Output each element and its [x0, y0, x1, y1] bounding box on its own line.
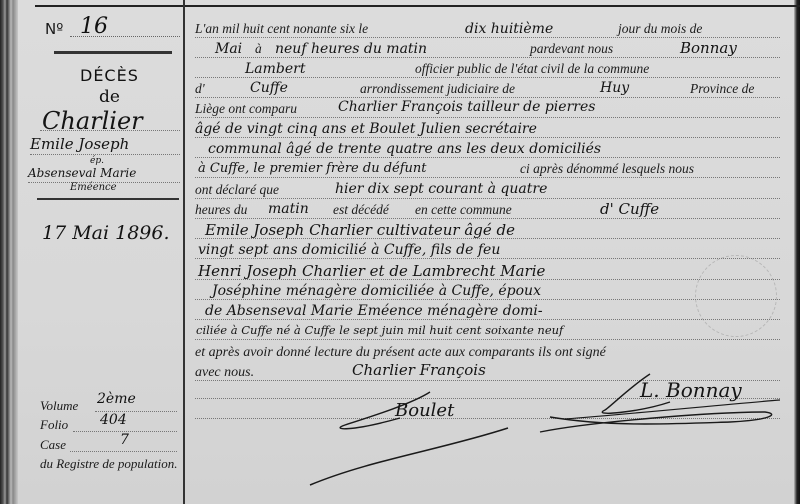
- dotted-line: [195, 37, 780, 38]
- dotted-line: [195, 198, 780, 199]
- printed-text: L'an mil huit cent nonante six le: [195, 21, 368, 37]
- dotted-line: [195, 299, 780, 300]
- handwritten-text: ciliée à Cuffe né à Cuffe le sept juin m…: [196, 323, 563, 337]
- folio-label: Folio: [40, 417, 68, 433]
- printed-text: heures du: [195, 202, 247, 218]
- dotted-line: [70, 36, 180, 37]
- signature-flourish: [530, 372, 790, 442]
- dotted-line: [195, 319, 780, 320]
- dotted-line: [195, 177, 780, 178]
- dotted-line: [195, 339, 780, 340]
- dotted-line: [195, 57, 780, 58]
- printed-text: ci après dénommé lesquels nous: [520, 161, 694, 177]
- handwritten-text: Emile Joseph Charlier cultivateur âgé de: [205, 221, 515, 239]
- handwritten-text: Charlier François tailleur de pierres: [338, 99, 595, 115]
- handwritten-text: Henri Joseph Charlier et de Lambrecht Ma…: [198, 262, 545, 280]
- top-rule: [35, 5, 800, 7]
- spouse-prefix: ép.: [90, 156, 104, 166]
- document-page: Nº 16 DÉCÈS de Charlier Emile Joseph ép.…: [0, 0, 800, 504]
- handwritten-text: Bonnay: [680, 39, 737, 57]
- handwritten-text: Mai: [215, 41, 242, 57]
- printed-text: officier public de l'état civil de la co…: [415, 61, 649, 77]
- dotted-line: [195, 238, 780, 239]
- dotted-line: [195, 97, 780, 98]
- printed-text: pardevant nous: [530, 41, 613, 57]
- printed-text: en cette commune: [415, 202, 512, 218]
- dotted-line: [195, 157, 780, 158]
- handwritten-text: dix huitième: [465, 21, 553, 37]
- handwritten-text: communal âgé de trente quatre ans les de…: [208, 141, 601, 157]
- dotted-line: [195, 117, 780, 118]
- printed-text: ont déclaré que: [195, 182, 279, 198]
- dotted-line: [195, 218, 780, 219]
- column-divider: [183, 0, 185, 504]
- printed-text: à: [255, 41, 262, 57]
- official-stamp: [695, 255, 777, 337]
- spouse-name-cont: Eméence: [70, 182, 117, 193]
- given-names: Emile Joseph: [30, 135, 129, 153]
- case-value: 7: [120, 432, 129, 448]
- handwritten-text: Cuffe: [250, 80, 288, 96]
- printed-text: Liège ont comparu: [195, 101, 297, 117]
- dotted-line: [30, 154, 180, 155]
- handwritten-text: neuf heures du matin: [275, 41, 427, 57]
- handwritten-text: vingt sept ans domicilié à Cuffe, fils d…: [198, 242, 500, 258]
- dotted-line: [195, 258, 780, 259]
- record-date: 17 Mai 1896.: [42, 222, 170, 244]
- handwritten-text: matin: [268, 201, 309, 217]
- printed-text: jour du mois de: [618, 21, 702, 37]
- dotted-line: [40, 130, 180, 131]
- register-footer: du Registre de population.: [40, 456, 177, 472]
- dotted-line: [195, 77, 780, 78]
- dotted-line: [195, 279, 780, 280]
- page-edge: [794, 0, 800, 504]
- printed-text: arrondissement judiciaire de: [360, 81, 515, 97]
- printed-text: avec nous.: [195, 365, 254, 381]
- spouse-name: Absenseval Marie: [28, 166, 136, 180]
- handwritten-text: Joséphine ménagère domiciliée à Cuffe, é…: [212, 283, 541, 299]
- rule: [37, 198, 179, 200]
- handwritten-text: d' Cuffe: [600, 200, 659, 218]
- signature-flourish: [290, 380, 510, 490]
- number-label: Nº: [45, 20, 63, 38]
- volume-value: 2ème: [97, 391, 136, 407]
- dotted-line: [195, 137, 780, 138]
- handwritten-text: Huy: [600, 80, 629, 96]
- printed-text: et après avoir donné lecture du présent …: [195, 345, 606, 361]
- title-de: de: [99, 87, 120, 107]
- signature-declarant: Charlier François: [352, 361, 486, 379]
- handwritten-text: de Absenseval Marie Eméence ménagère dom…: [205, 303, 543, 319]
- case-label: Case: [40, 437, 66, 453]
- handwritten-text: hier dix sept courant à quatre: [335, 181, 547, 197]
- printed-text: est décédé: [333, 202, 389, 218]
- handwritten-text: Lambert: [245, 61, 305, 77]
- volume-label: Volume: [40, 398, 78, 414]
- dotted-line: [70, 451, 177, 452]
- printed-text: Province de: [690, 81, 754, 97]
- printed-text: d': [195, 81, 205, 97]
- record-type-title: DÉCÈS: [80, 66, 139, 85]
- handwritten-text: à Cuffe, le premier frère du défunt: [198, 161, 427, 176]
- rule: [54, 51, 172, 54]
- folio-value: 404: [100, 412, 127, 428]
- book-binding: [0, 0, 18, 504]
- handwritten-text: âgé de vingt cinq ans et Boulet Julien s…: [195, 121, 537, 137]
